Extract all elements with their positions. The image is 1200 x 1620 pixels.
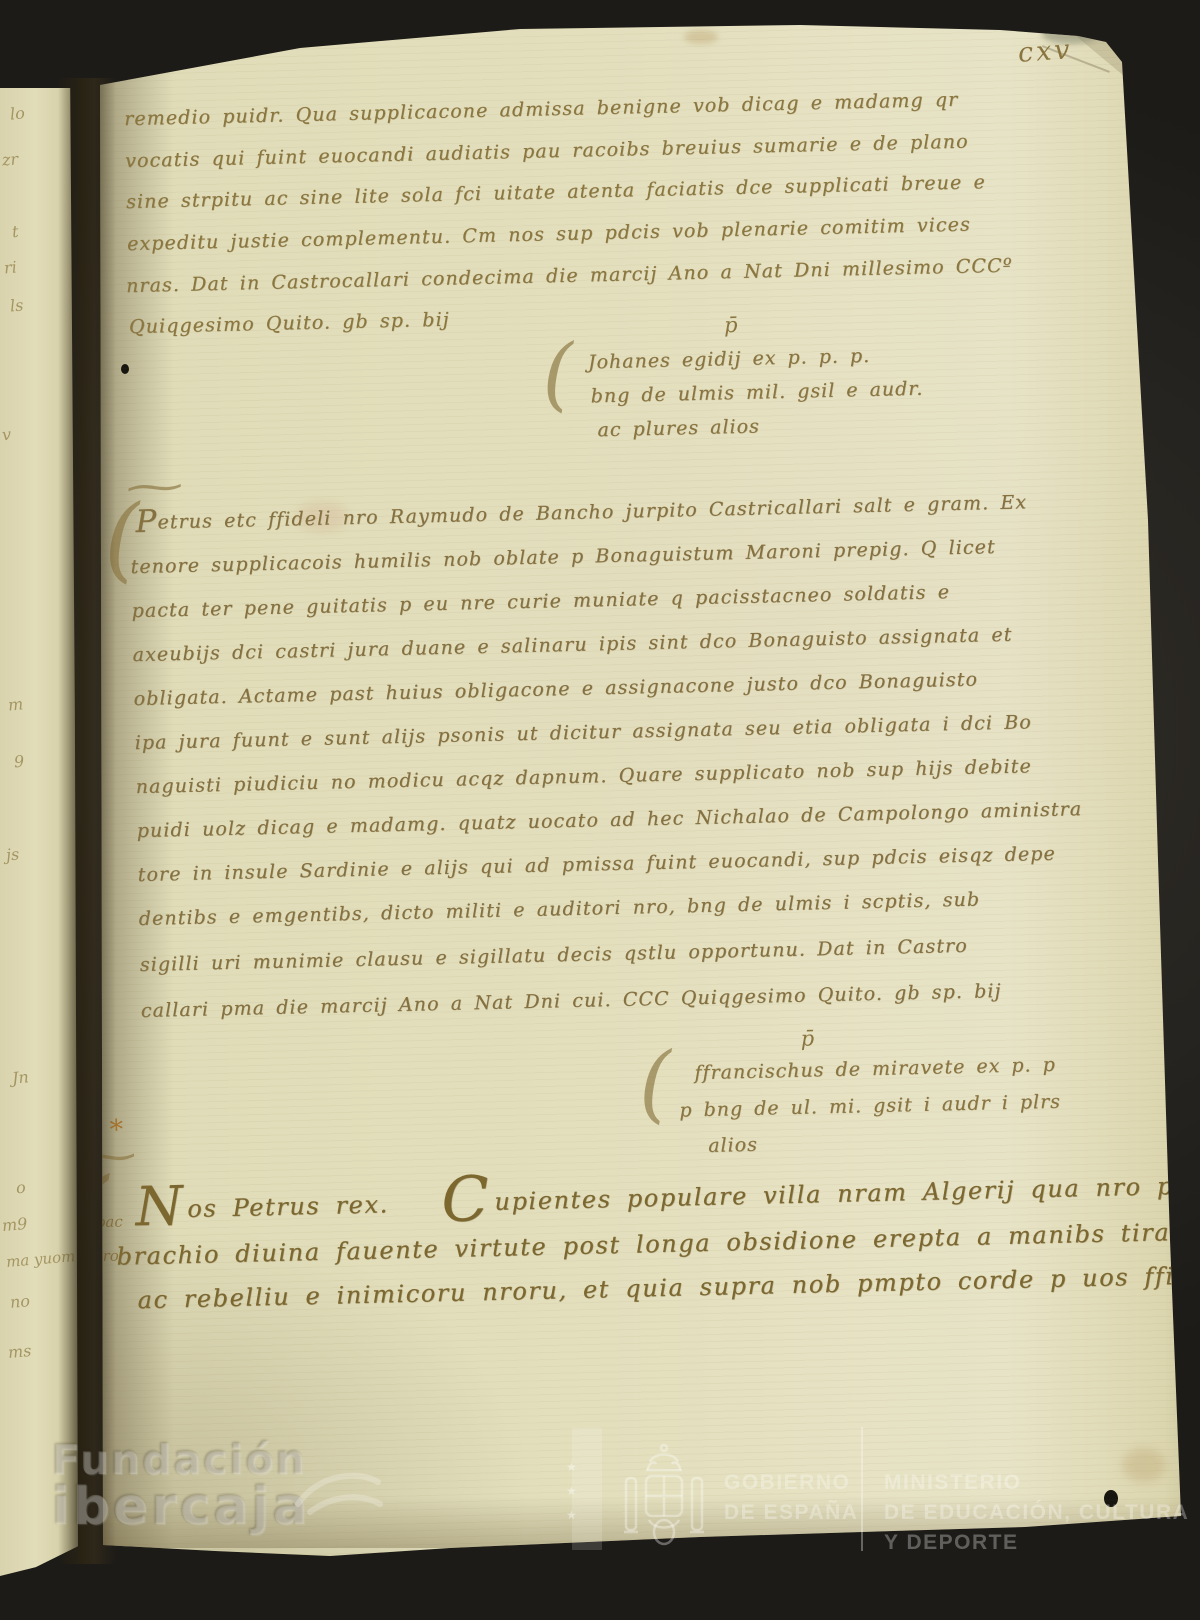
ink-layer: remedio puidr. Qua supplicacone admissa … <box>0 0 1200 1620</box>
text-fragment: no <box>9 1291 31 1312</box>
text-line: tore in insule Sardinie e alijs qui ad p… <box>137 843 1056 886</box>
photo-background: lo zr t ri ls v m 9 js Jn o m9 ma yuom n… <box>0 0 1200 1620</box>
flourish-bracket: ( <box>638 1046 673 1122</box>
text-line: dentibs e emgentibs, dicto militi e audi… <box>139 889 981 931</box>
ministerio-line2: DE EDUCACIÓN, CULTURA <box>884 1498 1189 1528</box>
text-line: pacta ter pene guitatis p eu nre curie m… <box>131 581 950 622</box>
ministerio-line1: MINISTERIO <box>884 1468 1189 1498</box>
text-line: vocatis qui fuint euocandi audiatis pau … <box>125 131 969 173</box>
wormhole <box>121 364 129 374</box>
signature-line: p bng de ul. mi. gsit i audr i plrs <box>679 1091 1061 1122</box>
text-fragment: m9 <box>1 1214 28 1235</box>
text-fragment: zr <box>1 149 19 169</box>
text-line: expeditu justie complementu. Cm nos sup … <box>127 214 971 256</box>
text-fragment: m <box>7 694 24 714</box>
signature-line: ac plures alios <box>597 416 760 442</box>
signature-line: ffrancischus de miravete ex p. p <box>694 1054 1056 1084</box>
text-line-rest: upientes populare villa nram Algerij qua… <box>494 1170 1200 1216</box>
manuscript-page: cxv remedio puidr. Qua supplicacone admi… <box>0 0 1200 1620</box>
text-line-rest: os Petrus rex. <box>187 1190 389 1223</box>
ministerio-watermark: MINISTERIO DE EDUCACIÓN, CULTURA Y DEPOR… <box>884 1468 1189 1558</box>
text-line: Quiqgesimo Quito. gb sp. bij <box>129 309 450 338</box>
text-line: Petrus etc ffideli nro Raymudo de Bancho… <box>135 491 1027 534</box>
text-line: Cupientes populare villa nram Algerij qu… <box>441 1170 1200 1217</box>
signature-line: alios <box>708 1134 758 1157</box>
paragraph-third: ( ~ Nos Petrus rex. Cupientes populare v… <box>0 0 1181 3</box>
text-line: remedio puidr. Qua supplicacone admissa … <box>124 89 959 130</box>
text-line: puidi uolz dicag e madamg. quatz uocato … <box>136 798 1082 842</box>
text-line: nras. Dat in Castrocallari condecima die… <box>126 255 1013 298</box>
text-fragment: js <box>5 844 20 864</box>
text-line: sigilli uri munimie clausu e sigillatu d… <box>140 935 968 976</box>
text-fragment: ls <box>9 295 24 315</box>
text-line-rest: etrus etc ffideli nro Raymudo de Bancho … <box>157 491 1027 533</box>
watermark-divider <box>861 1427 863 1551</box>
initial-letter: N <box>135 1174 185 1238</box>
text-line: sine strpitu ac sine lite sola fci uitat… <box>126 171 986 213</box>
text-line: obligata. Actame past huius obligacone e… <box>133 669 978 711</box>
flourish-bracket: ( <box>541 338 574 411</box>
text-line: callari pma die marcij Ano a Nat Dni cui… <box>141 980 1002 1022</box>
signature-line: bng de ulmis mil. gsil e audr. <box>590 378 923 408</box>
text-line: ac rebelliu e inimicoru nroru, et quia s… <box>137 1260 1200 1314</box>
text-line: brachio diuina fauente virtute post long… <box>116 1217 1200 1271</box>
text-fragment: Jn <box>11 1067 29 1087</box>
text-fragment: 9 <box>13 752 25 772</box>
text-fragment: ri <box>3 257 17 277</box>
eu-star: ★ <box>566 1484 577 1498</box>
registration-mark: p̄ <box>724 313 739 337</box>
signature-block-2: p̄ ( ffrancischus de miravete ex p. p p … <box>0 0 1181 3</box>
text-fragment: t <box>11 222 19 241</box>
text-line: ipa jura fuunt e sunt alijs psonis ut di… <box>134 711 1032 754</box>
ministerio-line3: Y DEPORTE <box>884 1528 1189 1558</box>
gobierno-line1: GOBIERNO <box>724 1468 858 1498</box>
paragraph-first: remedio puidr. Qua supplicacone admissa … <box>0 0 1181 3</box>
gobierno-watermark: GOBIERNO DE ESPAÑA <box>724 1468 858 1528</box>
text-line: Nos Petrus rex. <box>135 1190 389 1224</box>
signature-block-1: p̄ ( Johanes egidij ex p. p. p. bng de u… <box>0 0 1181 3</box>
text-line: axeubijs dci castri jura duane e salinar… <box>132 624 1012 666</box>
initial-letter: P <box>135 504 158 541</box>
text-fragment: o <box>15 1178 26 1198</box>
eu-star: ★ <box>566 1460 577 1474</box>
registration-mark: p̄ <box>800 1026 815 1050</box>
initial-letter: C <box>441 1162 492 1236</box>
paper-speck <box>1106 28 1115 35</box>
gobierno-line2: DE ESPAÑA <box>724 1498 858 1528</box>
signature-line: Johanes egidij ex p. p. p. <box>588 345 871 374</box>
eu-star: ★ <box>566 1508 577 1522</box>
text-fragment: v <box>1 425 12 445</box>
text-fragment: lo <box>9 103 25 123</box>
paragraph-second: ( ~ Petrus etc ffideli nro Raymudo de Ba… <box>0 0 1181 3</box>
gutter-shadow <box>58 78 116 1564</box>
flourish-swash: ~ <box>119 469 190 505</box>
text-fragment: ms <box>7 1341 32 1362</box>
text-line: tenore supplicacois humilis nob oblate p… <box>130 536 996 578</box>
text-line: naguisti piudiciu no modicu acqz dapnum.… <box>135 755 1032 798</box>
